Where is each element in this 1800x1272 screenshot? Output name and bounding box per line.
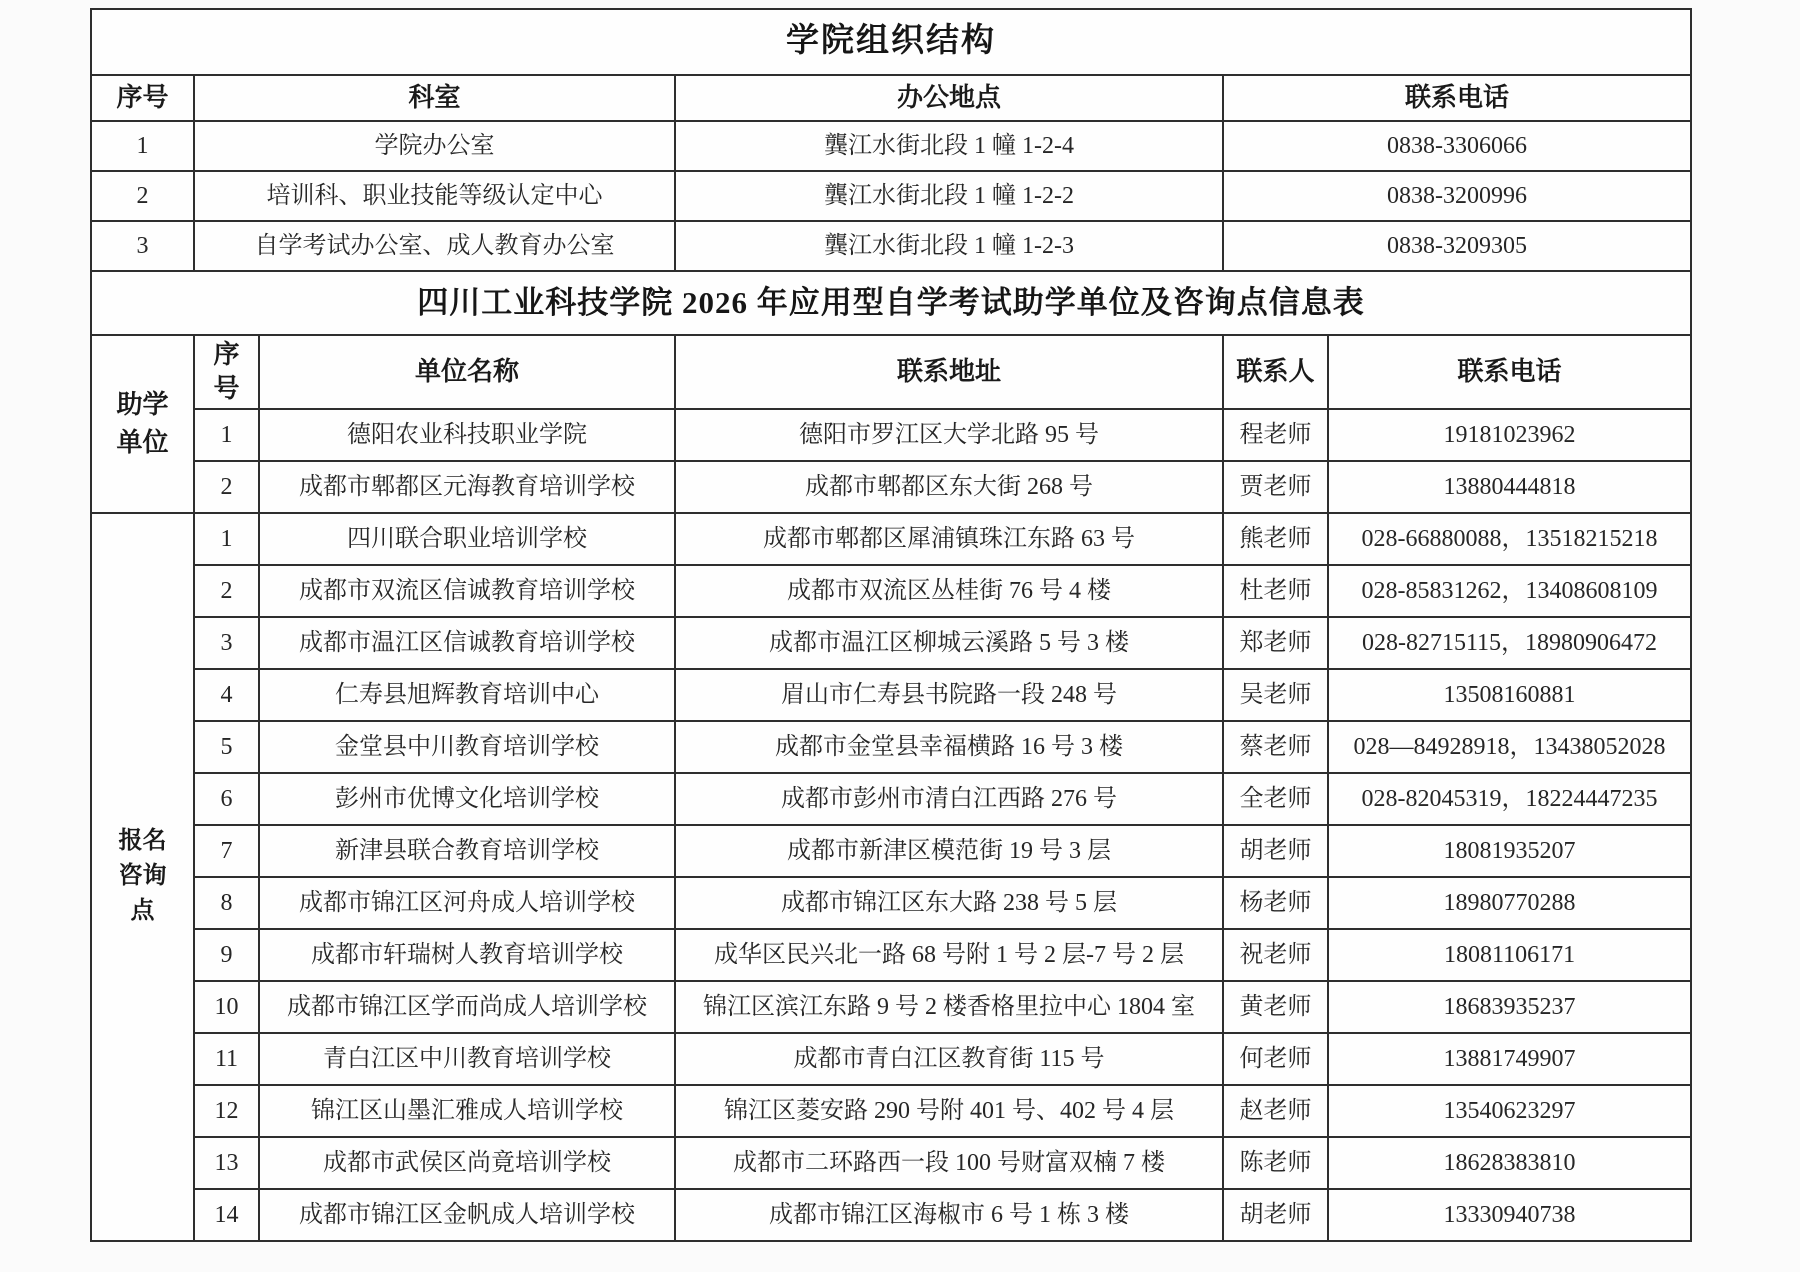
cell-unit: 成都市温江区信诚教育培训学校 [259,617,675,669]
cell-no: 10 [194,981,259,1033]
cell-address: 锦江区菱安路 290 号附 401 号、402 号 4 层 [675,1085,1223,1137]
cell-unit: 锦江区山墨汇雅成人培训学校 [259,1085,675,1137]
cell-unit: 青白江区中川教育培训学校 [259,1033,675,1085]
cell-contact: 陈老师 [1223,1137,1328,1189]
cell-unit: 金堂县中川教育培训学校 [259,721,675,773]
cell-phone: 0838-3306066 [1223,121,1691,171]
cell-address: 德阳市罗江区大学北路 95 号 [675,409,1223,461]
cell-dept: 自学考试办公室、成人教育办公室 [194,221,675,271]
cell-address: 成都市双流区丛桂街 76 号 4 楼 [675,565,1223,617]
cell-address: 成都市金堂县幸福横路 16 号 3 楼 [675,721,1223,773]
consult-row: 2 成都市双流区信诚教育培训学校 成都市双流区丛桂街 76 号 4 楼 杜老师 … [91,565,1691,617]
org-header-dept: 科室 [194,75,675,121]
cell-no: 4 [194,669,259,721]
info-table-title: 四川工业科技学院 2026 年应用型自学考试助学单位及咨询点信息表 [91,271,1691,335]
cell-unit: 仁寿县旭辉教育培训中心 [259,669,675,721]
cell-unit: 成都市双流区信诚教育培训学校 [259,565,675,617]
cell-contact: 杜老师 [1223,565,1328,617]
zhuxue-row: 2 成都市郫都区元海教育培训学校 成都市郫都区东大街 268 号 贾老师 138… [91,461,1691,513]
cell-phone: 028—84928918，13438052028 [1328,721,1691,773]
consult-row: 13 成都市武侯区尚竟培训学校 成都市二环路西一段 100 号财富双楠 7 楼 … [91,1137,1691,1189]
cell-contact: 贾老师 [1223,461,1328,513]
cell-unit: 成都市锦江区河舟成人培训学校 [259,877,675,929]
cell-phone: 0838-3200996 [1223,171,1691,221]
cell-contact: 郑老师 [1223,617,1328,669]
info-header-address: 联系地址 [675,335,1223,409]
cell-no: 9 [194,929,259,981]
cell-unit: 德阳农业科技职业学院 [259,409,675,461]
cell-unit: 成都市轩瑞树人教育培训学校 [259,929,675,981]
org-header-phone: 联系电话 [1223,75,1691,121]
cell-no: 3 [194,617,259,669]
cell-contact: 熊老师 [1223,513,1328,565]
cell-dept: 学院办公室 [194,121,675,171]
cell-address: 成都市新津区模范街 19 号 3 层 [675,825,1223,877]
cell-contact: 何老师 [1223,1033,1328,1085]
cell-address: 眉山市仁寿县书院路一段 248 号 [675,669,1223,721]
cell-unit: 彭州市优博文化培训学校 [259,773,675,825]
consult-row: 10 成都市锦江区学而尚成人培训学校 锦江区滨江东路 9 号 2 楼香格里拉中心… [91,981,1691,1033]
consult-row: 报名咨询点 1 四川联合职业培训学校 成都市郫都区犀浦镇珠江东路 63 号 熊老… [91,513,1691,565]
cell-phone: 13508160881 [1328,669,1691,721]
cell-phone: 18683935237 [1328,981,1691,1033]
document-sheet: 学院组织结构 序号 科室 办公地点 联系电话 1 学院办公室 龔江水街北段 1 … [90,8,1690,1242]
zhuxue-row: 1 德阳农业科技职业学院 德阳市罗江区大学北路 95 号 程老师 1918102… [91,409,1691,461]
cell-no: 8 [194,877,259,929]
cell-contact: 胡老师 [1223,825,1328,877]
cell-office: 龔江水街北段 1 幢 1-2-4 [675,121,1223,171]
cell-no: 14 [194,1189,259,1241]
cell-unit: 四川联合职业培训学校 [259,513,675,565]
cell-address: 成都市彭州市清白江西路 276 号 [675,773,1223,825]
cell-contact: 程老师 [1223,409,1328,461]
cell-phone: 13540623297 [1328,1085,1691,1137]
cell-phone: 19181023962 [1328,409,1691,461]
cell-unit: 成都市郫都区元海教育培训学校 [259,461,675,513]
cell-phone: 13880444818 [1328,461,1691,513]
group-label-baoming: 报名咨询点 [91,513,194,1241]
org-table-row: 1 学院办公室 龔江水街北段 1 幢 1-2-4 0838-3306066 [91,121,1691,171]
cell-phone: 13330940738 [1328,1189,1691,1241]
consult-row: 11 青白江区中川教育培训学校 成都市青白江区教育街 115 号 何老师 138… [91,1033,1691,1085]
cell-address: 成都市青白江区教育街 115 号 [675,1033,1223,1085]
group-label-zhuxue: 助学单位 [91,335,194,513]
consult-row: 3 成都市温江区信诚教育培训学校 成都市温江区柳城云溪路 5 号 3 楼 郑老师… [91,617,1691,669]
info-header-no: 序号 [194,335,259,409]
consult-row: 14 成都市锦江区金帆成人培训学校 成都市锦江区海椒市 6 号 1 栋 3 楼 … [91,1189,1691,1241]
cell-no: 11 [194,1033,259,1085]
cell-phone: 028-82715115，18980906472 [1328,617,1691,669]
info-header-phone: 联系电话 [1328,335,1691,409]
cell-office: 龔江水街北段 1 幢 1-2-3 [675,221,1223,271]
cell-no: 1 [194,513,259,565]
cell-office: 龔江水街北段 1 幢 1-2-2 [675,171,1223,221]
cell-no: 13 [194,1137,259,1189]
cell-contact: 杨老师 [1223,877,1328,929]
cell-no: 2 [194,461,259,513]
info-header-unit: 单位名称 [259,335,675,409]
cell-unit: 成都市锦江区学而尚成人培训学校 [259,981,675,1033]
document-table: 学院组织结构 序号 科室 办公地点 联系电话 1 学院办公室 龔江水街北段 1 … [90,8,1692,1242]
cell-address: 成都市郫都区东大街 268 号 [675,461,1223,513]
consult-row: 12 锦江区山墨汇雅成人培训学校 锦江区菱安路 290 号附 401 号、402… [91,1085,1691,1137]
cell-no: 2 [91,171,194,221]
group-label-text: 助学单位 [117,386,169,461]
cell-address: 成都市温江区柳城云溪路 5 号 3 楼 [675,617,1223,669]
cell-no: 3 [91,221,194,271]
cell-no: 2 [194,565,259,617]
cell-address: 成都市锦江区海椒市 6 号 1 栋 3 楼 [675,1189,1223,1241]
org-header-no: 序号 [91,75,194,121]
consult-row: 7 新津县联合教育培训学校 成都市新津区模范街 19 号 3 层 胡老师 180… [91,825,1691,877]
cell-address: 成都市郫都区犀浦镇珠江东路 63 号 [675,513,1223,565]
consult-row: 9 成都市轩瑞树人教育培训学校 成华区民兴北一路 68 号附 1 号 2 层-7… [91,929,1691,981]
cell-no: 6 [194,773,259,825]
cell-no: 1 [194,409,259,461]
cell-address: 锦江区滨江东路 9 号 2 楼香格里拉中心 1804 室 [675,981,1223,1033]
cell-contact: 祝老师 [1223,929,1328,981]
cell-address: 成都市锦江区东大路 238 号 5 层 [675,877,1223,929]
cell-phone: 028-85831262，13408608109 [1328,565,1691,617]
cell-address: 成华区民兴北一路 68 号附 1 号 2 层-7 号 2 层 [675,929,1223,981]
cell-unit: 新津县联合教育培训学校 [259,825,675,877]
cell-phone: 028-82045319，18224447235 [1328,773,1691,825]
cell-phone: 028-66880088，13518215218 [1328,513,1691,565]
cell-no: 7 [194,825,259,877]
cell-contact: 蔡老师 [1223,721,1328,773]
cell-phone: 18081106171 [1328,929,1691,981]
org-table-row: 3 自学考试办公室、成人教育办公室 龔江水街北段 1 幢 1-2-3 0838-… [91,221,1691,271]
cell-contact: 全老师 [1223,773,1328,825]
cell-address: 成都市二环路西一段 100 号财富双楠 7 楼 [675,1137,1223,1189]
org-header-office: 办公地点 [675,75,1223,121]
cell-phone: 13881749907 [1328,1033,1691,1085]
cell-phone: 18980770288 [1328,877,1691,929]
consult-row: 6 彭州市优博文化培训学校 成都市彭州市清白江西路 276 号 全老师 028-… [91,773,1691,825]
cell-no: 1 [91,121,194,171]
cell-unit: 成都市锦江区金帆成人培训学校 [259,1189,675,1241]
cell-dept: 培训科、职业技能等级认定中心 [194,171,675,221]
org-table-row: 2 培训科、职业技能等级认定中心 龔江水街北段 1 幢 1-2-2 0838-3… [91,171,1691,221]
cell-no: 12 [194,1085,259,1137]
consult-row: 4 仁寿县旭辉教育培训中心 眉山市仁寿县书院路一段 248 号 吴老师 1350… [91,669,1691,721]
cell-no: 5 [194,721,259,773]
cell-phone: 18628383810 [1328,1137,1691,1189]
cell-contact: 赵老师 [1223,1085,1328,1137]
cell-contact: 黄老师 [1223,981,1328,1033]
cell-unit: 成都市武侯区尚竟培训学校 [259,1137,675,1189]
cell-phone: 0838-3209305 [1223,221,1691,271]
consult-row: 5 金堂县中川教育培训学校 成都市金堂县幸福横路 16 号 3 楼 蔡老师 02… [91,721,1691,773]
consult-row: 8 成都市锦江区河舟成人培训学校 成都市锦江区东大路 238 号 5 层 杨老师… [91,877,1691,929]
cell-contact: 吴老师 [1223,669,1328,721]
cell-phone: 18081935207 [1328,825,1691,877]
info-header-contact: 联系人 [1223,335,1328,409]
group-label-text: 报名咨询点 [119,824,167,928]
org-table-title: 学院组织结构 [91,9,1691,75]
cell-contact: 胡老师 [1223,1189,1328,1241]
